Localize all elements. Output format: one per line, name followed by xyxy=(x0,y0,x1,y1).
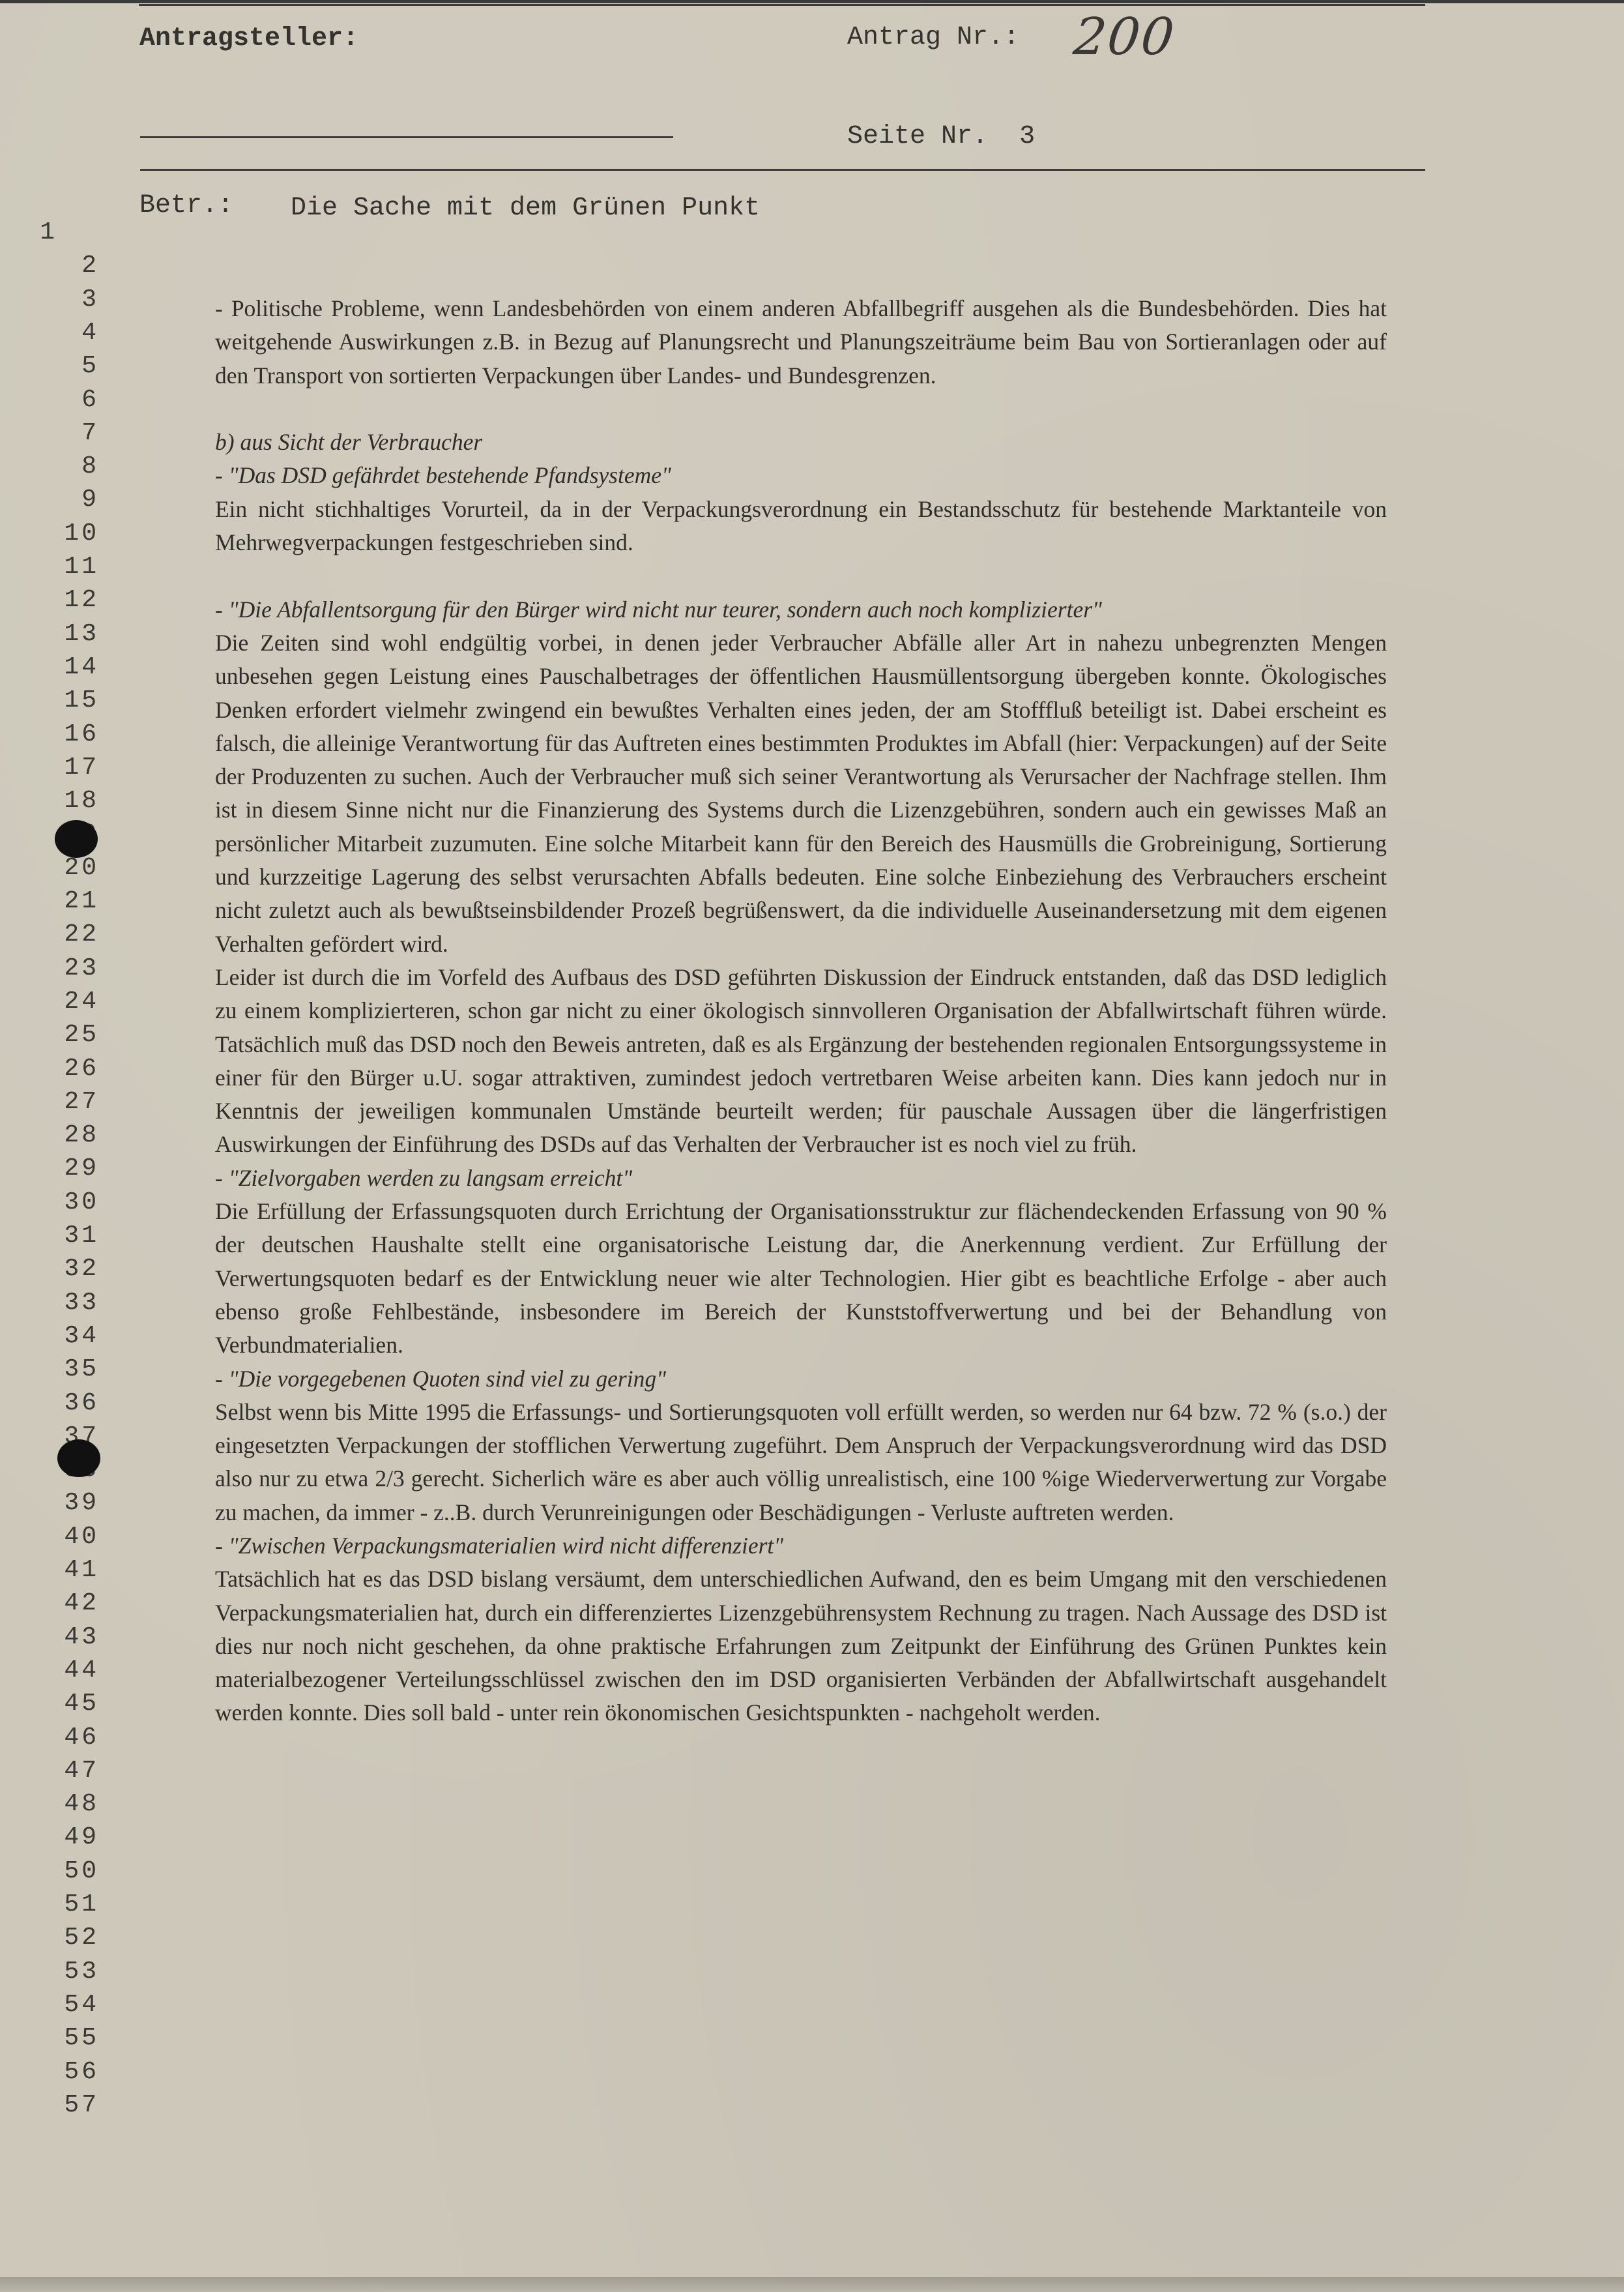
motion-number-label: Antrag Nr.: xyxy=(847,25,1019,51)
line-number: 27 xyxy=(34,1090,99,1115)
line-number: 21 xyxy=(34,889,99,914)
line-number: 33 xyxy=(34,1291,99,1315)
line-number: 55 xyxy=(34,2026,99,2051)
claim-response: Ein nicht stichhaltiges Vorurteil, da in… xyxy=(215,493,1387,560)
line-number: 42 xyxy=(34,1591,99,1616)
line-number: 52 xyxy=(34,1926,99,1950)
line-number: 49 xyxy=(34,1825,99,1850)
page-number: 3 xyxy=(1019,122,1035,151)
line-number: 25 xyxy=(34,1023,99,1048)
motion-number-handwritten: 200 xyxy=(1071,12,1178,63)
line-number: 51 xyxy=(34,1892,99,1917)
line-number: 3 xyxy=(34,287,99,312)
line-number: 54 xyxy=(34,1993,99,2018)
claim-response: Die Zeiten sind wohl endgültig vorbei, i… xyxy=(215,626,1387,961)
page-number-label: Seite Nr. xyxy=(847,122,988,151)
line-number: 56 xyxy=(34,2060,99,2085)
line-number: 11 xyxy=(34,555,99,580)
line-number: 36 xyxy=(34,1391,99,1416)
line-number: 4 xyxy=(34,321,99,345)
line-number: 26 xyxy=(34,1057,99,1081)
line-number: 35 xyxy=(34,1357,99,1382)
line-number: 5 xyxy=(34,354,99,379)
line-number: 14 xyxy=(34,655,99,680)
page-number-field: Seite Nr. 3 xyxy=(847,124,1035,150)
line-number: 34 xyxy=(34,1324,99,1349)
line-number: 2 xyxy=(34,254,99,278)
header-rule-top xyxy=(139,4,1425,6)
line-number: 12 xyxy=(34,588,99,613)
section-heading-consumers: b) aus Sicht der Verbraucher xyxy=(215,426,1387,459)
line-number: 31 xyxy=(34,1224,99,1248)
claim-response: Selbst wenn bis Mitte 1995 die Erfassung… xyxy=(215,1396,1387,1529)
line-number: 7 xyxy=(34,421,99,446)
line-number: 8 xyxy=(34,454,99,479)
claim-quote: - "Zwischen Verpackungsmaterialien wird … xyxy=(215,1529,1387,1563)
claim-response: Die Erfüllung der Erfassungsquoten durch… xyxy=(215,1195,1387,1362)
line-number: 32 xyxy=(34,1257,99,1282)
applicant-label: Antragsteller: xyxy=(139,26,358,52)
subject-label: Betr.: xyxy=(139,193,233,219)
line-number: 1 xyxy=(0,220,57,245)
line-number: 46 xyxy=(34,1726,99,1750)
line-number: 44 xyxy=(34,1658,99,1683)
line-number: 40 xyxy=(34,1525,99,1550)
line-number: 29 xyxy=(34,1156,99,1181)
applicant-signature-rule xyxy=(140,136,673,138)
punch-hole xyxy=(57,1439,100,1477)
line-number: 9 xyxy=(34,488,99,512)
line-number: 28 xyxy=(34,1123,99,1148)
line-number: 15 xyxy=(34,688,99,713)
line-number: 17 xyxy=(34,756,99,780)
line-number: 30 xyxy=(34,1190,99,1215)
scan-edge-bottom xyxy=(0,2277,1624,2292)
claim-quote: - "Die Abfallentsorgung für den Bürger w… xyxy=(215,593,1387,626)
line-number: 13 xyxy=(34,622,99,647)
paragraph-political-problems: - Politische Probleme, wenn Landesbehörd… xyxy=(215,292,1387,392)
line-number: 6 xyxy=(34,388,99,413)
line-number: 18 xyxy=(34,789,99,814)
line-number: 43 xyxy=(34,1625,99,1650)
line-number: 39 xyxy=(34,1491,99,1516)
line-number: 22 xyxy=(34,922,99,947)
header-rule-bottom xyxy=(140,169,1425,171)
claim-quote: - "Zielvorgaben werden zu langsam erreic… xyxy=(215,1162,1387,1195)
document-page: Antragsteller: Antrag Nr.: 200 Seite Nr.… xyxy=(0,0,1624,2292)
document-body: - Politische Probleme, wenn Landesbehörd… xyxy=(215,292,1387,1730)
claim-quote: - "Die vorgegebenen Quoten sind viel zu … xyxy=(215,1362,1387,1396)
line-number: 41 xyxy=(34,1558,99,1583)
subject-title: Die Sache mit dem Grünen Punkt xyxy=(291,196,760,222)
line-number: 16 xyxy=(34,722,99,747)
line-number: 45 xyxy=(34,1692,99,1716)
claim-response: Tatsächlich hat es das DSD bislang versä… xyxy=(215,1563,1387,1729)
scan-edge-top xyxy=(0,0,1624,3)
line-number: 53 xyxy=(34,1960,99,1984)
line-number: 23 xyxy=(34,956,99,981)
line-number: 20 xyxy=(34,856,99,881)
line-number: 57 xyxy=(34,2093,99,2118)
punch-hole xyxy=(55,820,98,858)
line-number: 24 xyxy=(34,990,99,1014)
claim-quote: - "Das DSD gefährdet bestehende Pfandsys… xyxy=(215,459,1387,492)
claim-response: Leider ist durch die im Vorfeld des Aufb… xyxy=(215,961,1387,1162)
line-number: 10 xyxy=(34,522,99,546)
line-number: 50 xyxy=(34,1859,99,1884)
line-number: 48 xyxy=(34,1792,99,1817)
line-number: 47 xyxy=(34,1759,99,1784)
